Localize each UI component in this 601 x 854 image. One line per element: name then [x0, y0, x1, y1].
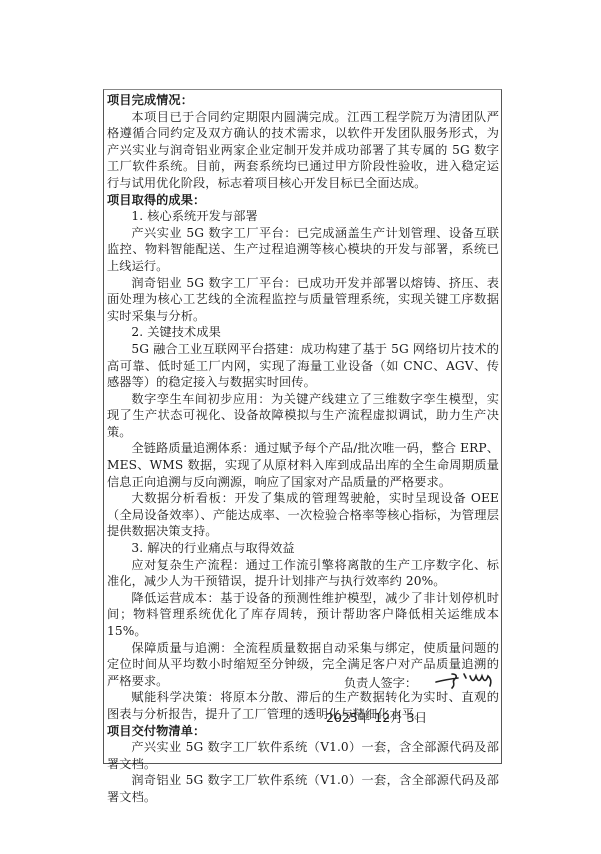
deliverable-item: 润奇铝业 5G 数字工厂软件系统（V1.0）一套，含全部源代码及部署文档。: [107, 772, 499, 805]
achievement-group-heading: 1. 核心系统开发与部署: [107, 208, 499, 225]
deliverables-title: 项目交付物清单：: [107, 723, 499, 740]
achievement-paragraph: 5G 融合工业互联网平台搭建：成功构建了基于 5G 网络切片技术的高可靠、低时延…: [107, 341, 499, 391]
completion-title: 项目完成情况：: [107, 92, 499, 109]
report-frame: 项目完成情况： 本项目已于合同约定期限内圆满完成。江西工程学院万为清团队严格遵循…: [103, 89, 502, 764]
report-content: 项目完成情况： 本项目已于合同约定期限内圆满完成。江西工程学院万为清团队严格遵循…: [107, 92, 499, 806]
achievement-paragraph: 全链路质量追溯体系：通过赋予每个产品/批次唯一码，整合 ERP、MES、WMS …: [107, 440, 499, 490]
signature-date: 2025年 12月 3日: [326, 708, 427, 726]
achievement-group-heading: 2. 关键技术成果: [107, 324, 499, 341]
handwritten-signature-icon: [434, 668, 498, 692]
achievement-paragraph: 润奇铝业 5G 数字工厂平台：已成功开发并部署以熔铸、挤压、表面处理为核心工艺线…: [107, 275, 499, 325]
achievement-paragraph: 产兴实业 5G 数字工厂平台：已完成涵盖生产计划管理、设备互联监控、物料智能配送…: [107, 225, 499, 275]
signature-label: 负责人签字：: [344, 674, 417, 691]
achievement-paragraph: 应对复杂生产流程：通过工作流引擎将离散的生产工序数字化、标准化，减少人为干预错误…: [107, 557, 499, 590]
deliverable-item: 产兴实业 5G 数字工厂软件系统（V1.0）一套，含全部源代码及部署文档。: [107, 739, 499, 772]
completion-body: 本项目已于合同约定期限内圆满完成。江西工程学院万为清团队严格遵循合同约定及双方确…: [107, 109, 499, 192]
achievements-title: 项目取得的成果：: [107, 192, 499, 209]
achievement-paragraph: 赋能科学决策：将原本分散、滞后的生产数据转化为实时、直观的图表与分析报告，提升了…: [107, 689, 499, 722]
achievement-paragraph: 数字孪生车间初步应用：为关键产线建立了三维数字孪生模型，实现了生产状态可视化、设…: [107, 391, 499, 441]
achievement-group-heading: 3. 解决的行业痛点与取得效益: [107, 540, 499, 557]
achievement-paragraph: 大数据分析看板：开发了集成的管理驾驶舱，实时呈现设备 OEE（全局设备效率）、产…: [107, 490, 499, 540]
achievement-paragraph: 降低运营成本：基于设备的预测性维护模型，减少了非计划停机时间；物料管理系统优化了…: [107, 590, 499, 640]
